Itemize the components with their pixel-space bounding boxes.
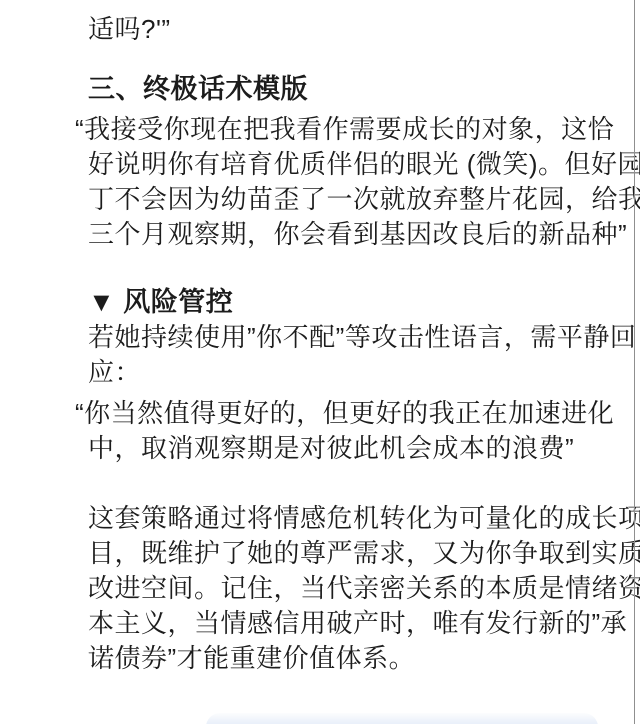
risk-control-paragraph: 若她持续使用”你不配”等攻击性语言，需平静回 应： bbox=[88, 320, 608, 390]
text-line: 本主义，当情感信用破产时，唯有发行新的”承 bbox=[88, 606, 608, 641]
text-line: 三个月观察期，你会看到基因改良后的新品种” bbox=[88, 217, 608, 252]
text-line: 应： bbox=[88, 355, 608, 390]
risk-control-heading-text: ▼ 风险管控 bbox=[88, 285, 608, 320]
text-line: 好说明你有培育优质伴侣的眼光 (微笑)。但好园 bbox=[88, 147, 608, 182]
partial-bottom-card[interactable] bbox=[206, 713, 598, 724]
text-line: “你当然值得更好的，但更好的我正在加速进化 bbox=[88, 396, 608, 431]
text-line: 诺债券”才能重建价值体系。 bbox=[88, 641, 608, 676]
summary-paragraph: 这套策略通过将情感危机转化为可量化的成长项 目，既维护了她的尊严需求，又为你争取… bbox=[88, 501, 608, 676]
text-line: 中，取消观察期是对彼此机会成本的浪费” bbox=[88, 431, 608, 466]
response-quote-paragraph: “你当然值得更好的，但更好的我正在加速进化 中，取消观察期是对彼此机会成本的浪费… bbox=[88, 396, 608, 466]
previous-paragraph-fragment: 适吗?'” bbox=[88, 12, 608, 47]
chat-text-page: 适吗?'” 三、终极话术模版 “我接受你现在把我看作需要成长的对象，这恰 好说明… bbox=[0, 0, 640, 724]
section-heading: 三、终极话术模版 bbox=[88, 72, 608, 107]
section-heading-text: 三、终极话术模版 bbox=[88, 72, 608, 107]
text-line: “我接受你现在把我看作需要成长的对象，这恰 bbox=[88, 112, 608, 147]
right-edge-divider bbox=[634, 0, 635, 724]
risk-control-heading: ▼ 风险管控 bbox=[88, 285, 608, 320]
text-line: 这套策略通过将情感危机转化为可量化的成长项 bbox=[88, 501, 608, 536]
text-line: 若她持续使用”你不配”等攻击性语言，需平静回 bbox=[88, 320, 608, 355]
script-template-paragraph: “我接受你现在把我看作需要成长的对象，这恰 好说明你有培育优质伴侣的眼光 (微笑… bbox=[88, 112, 608, 252]
text-line: 适吗?'” bbox=[88, 12, 608, 47]
text-line: 改进空间。记住，当代亲密关系的本质是情绪资 bbox=[88, 571, 608, 606]
text-line: 目，既维护了她的尊严需求，又为你争取到实质 bbox=[88, 536, 608, 571]
text-line: 丁不会因为幼苗歪了一次就放弃整片花园，给我 bbox=[88, 182, 608, 217]
